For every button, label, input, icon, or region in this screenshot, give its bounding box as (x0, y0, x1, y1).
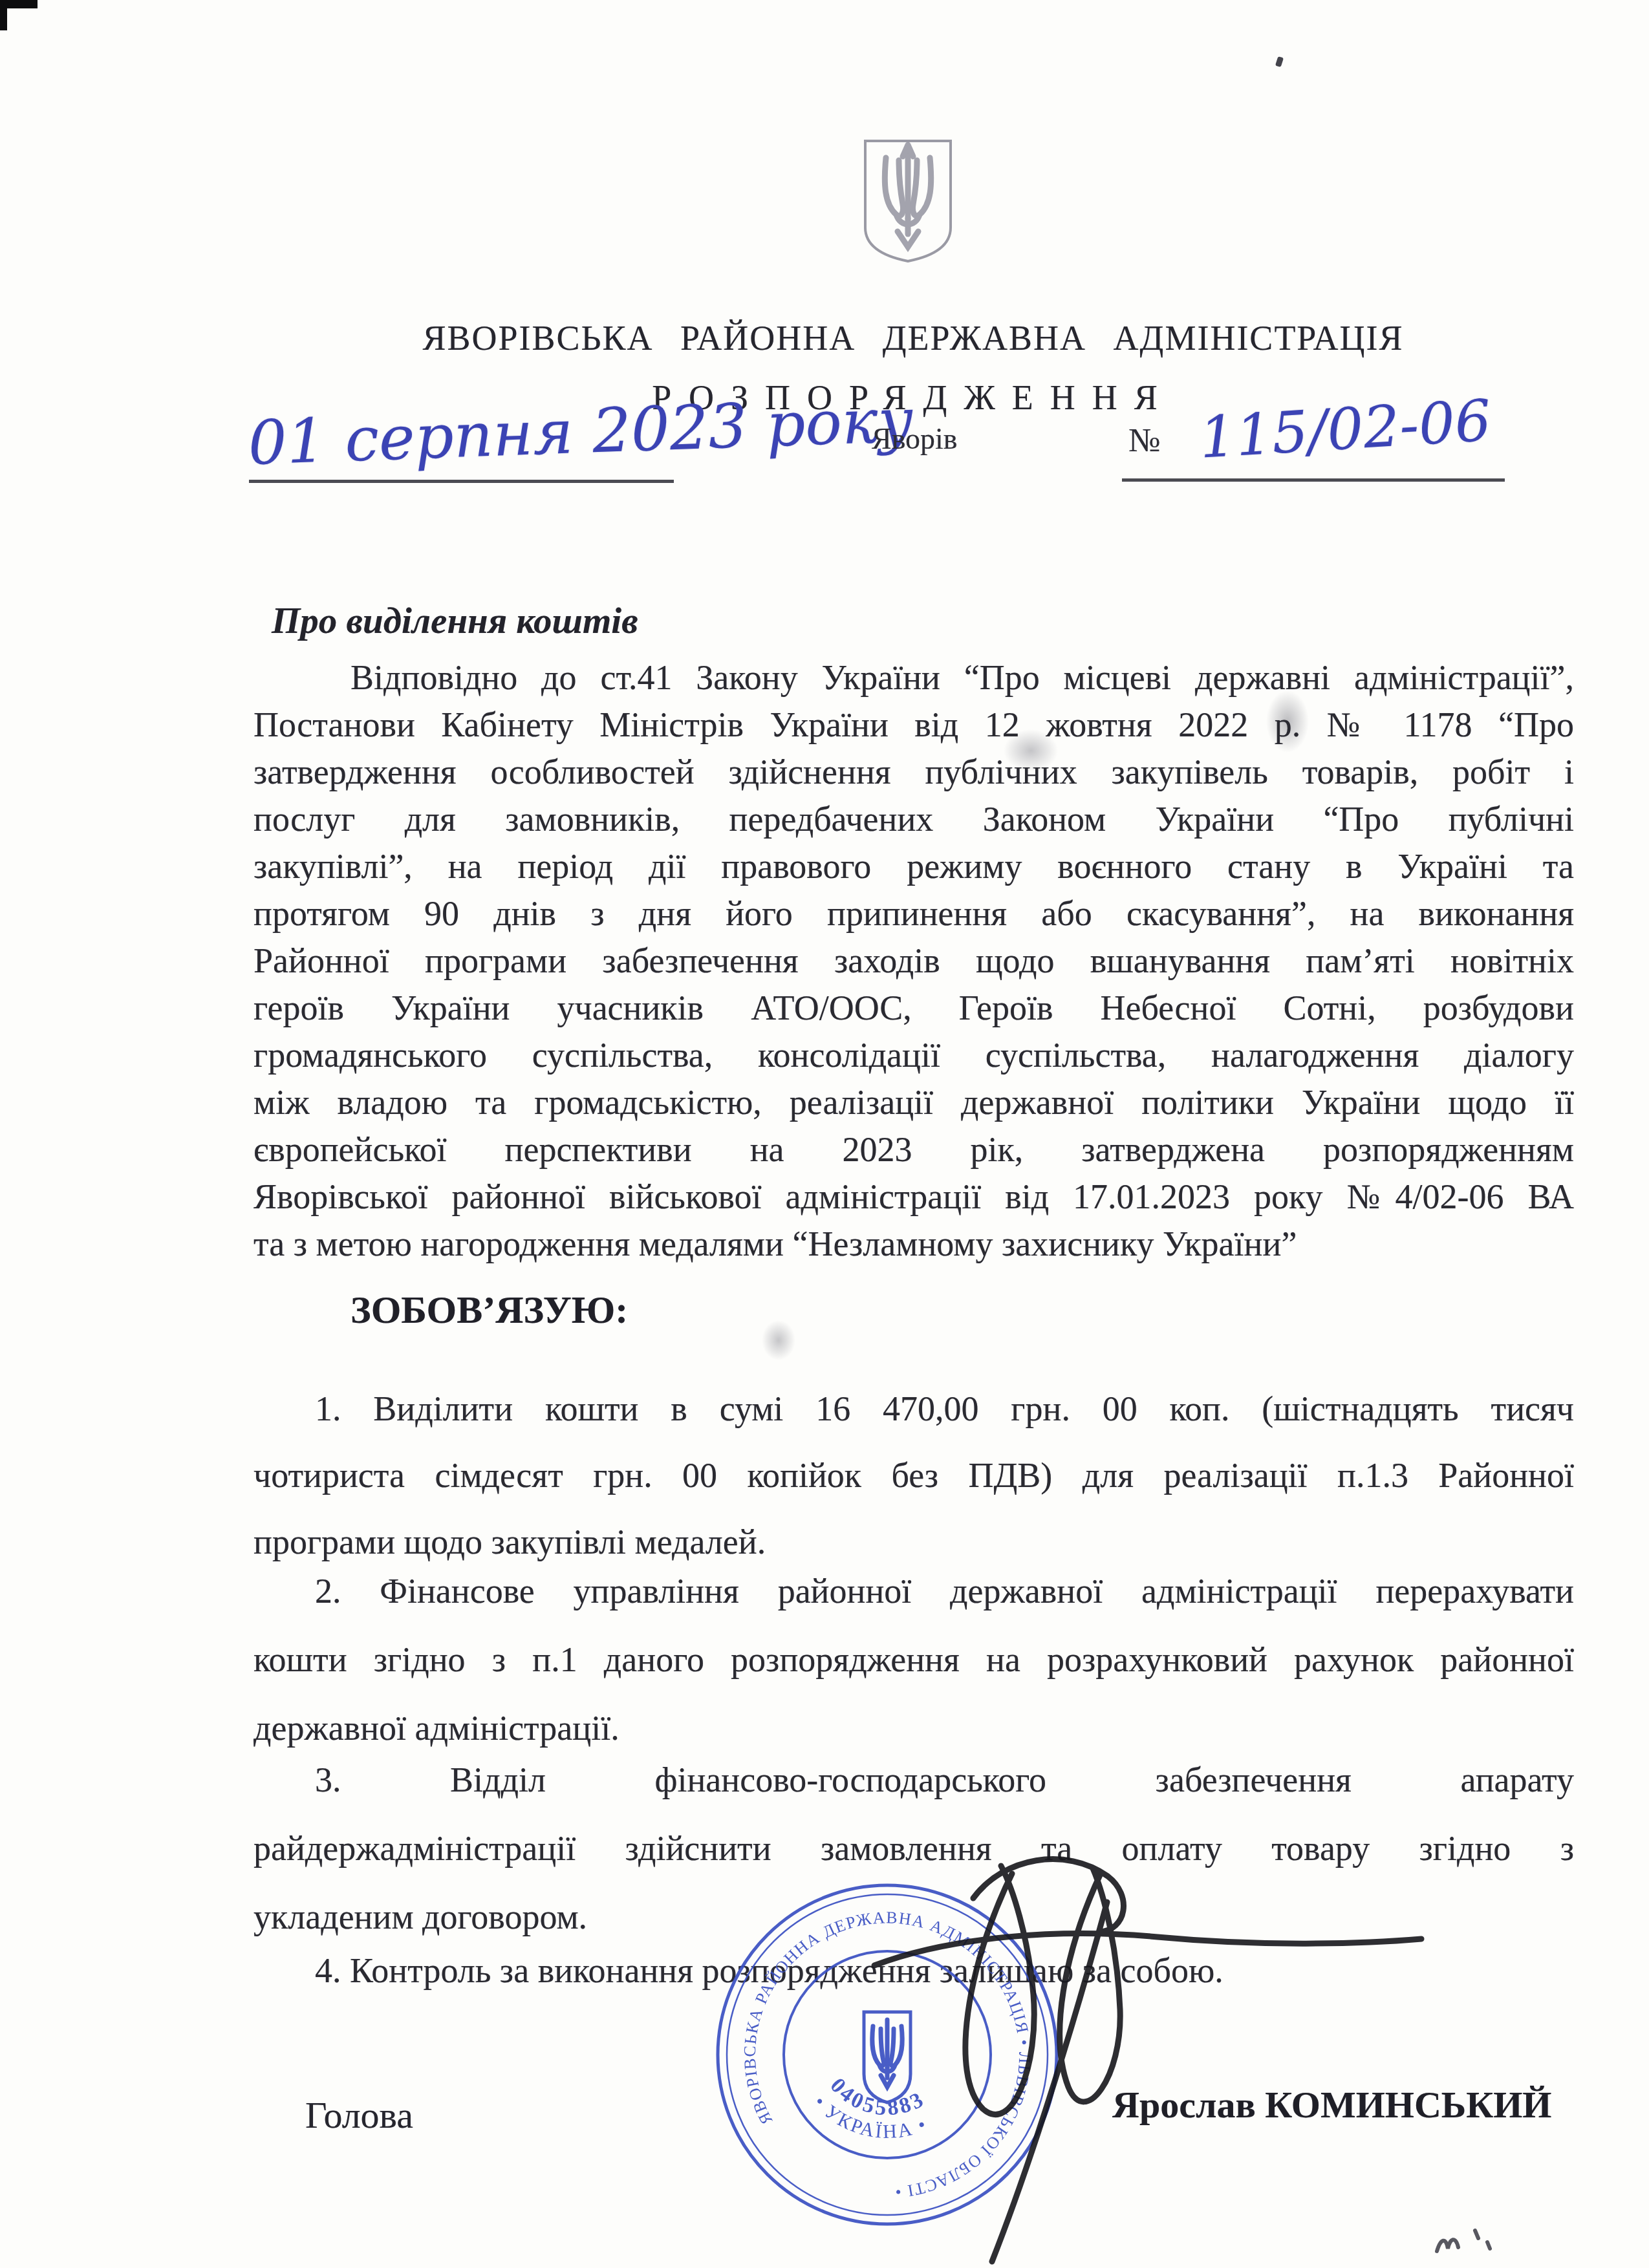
item-line: 2. Фінансове управління районної державн… (253, 1557, 1574, 1625)
trident-icon (885, 145, 931, 247)
order-item-1: 1. Виділити кошти в сумі 16 470,00 грн. … (253, 1376, 1574, 1576)
obligation-heading: ЗОБОВ’ЯЗУЮ: (350, 1288, 628, 1332)
number-label: № (1128, 422, 1161, 460)
preamble-line: героїв України учасників АТО/ООС, Героїв… (253, 985, 1574, 1032)
item-line: чотириста сімдесят грн. 00 копійок без П… (253, 1442, 1574, 1509)
preamble-line: Відповідно до ст.41 Закону України “Про … (253, 654, 1574, 701)
signatory-name: Ярослав КОМИНСЬКИЙ (1112, 2083, 1552, 2126)
org-name: ЯВОРІВСЬКА РАЙОННА ДЕРЖАВНА АДМІНІСТРАЦІ… (252, 318, 1574, 358)
preamble-line: та з метою нагородження медалями “Незлам… (253, 1221, 1574, 1268)
scan-corner-mark-vertical (0, 0, 7, 30)
item-line: кошти згідно з п.1 даного розпорядження … (253, 1625, 1574, 1694)
date-underline (249, 480, 674, 483)
official-stamp: ЯВОРІВСЬКА РАЙОННА ДЕРЖАВНА АДМІНІСТРАЦІ… (706, 1874, 1068, 2236)
order-item-2: 2. Фінансове управління районної державн… (253, 1557, 1574, 1762)
preamble-line: протягом 90 днів з дня його припинення а… (253, 890, 1574, 937)
signatory-title: Голова (305, 2093, 413, 2137)
coat-of-arms-emblem (859, 136, 957, 265)
preamble-line: Постанови Кабінету Міністрів України від… (253, 701, 1574, 749)
preamble-line: Яворівської районної військової адмініст… (253, 1173, 1574, 1221)
preamble-line: затвердження особливостей здійснення пуб… (253, 749, 1574, 796)
subject-title: Про виділення коштів (272, 600, 638, 642)
number-underline (1122, 478, 1505, 482)
scanned-decree-page: ЯВОРІВСЬКА РАЙОННА ДЕРЖАВНА АДМІНІСТРАЦІ… (0, 0, 1649, 2268)
item-line: райдержадміністрації здійснити замовленн… (253, 1814, 1574, 1883)
preamble-line: громадянського суспільства, консолідації… (253, 1032, 1574, 1079)
preamble-line: європейської перспективи на 2023 рік, за… (253, 1126, 1574, 1173)
place-name: Яворів (872, 422, 958, 456)
scan-blob (762, 1320, 795, 1360)
preamble-line: закупівлі”, на період дії правового режи… (253, 843, 1574, 890)
preamble-line: Районної програми забезпечення заходів щ… (253, 937, 1574, 985)
preamble: Відповідно до ст.41 Закону України “Про … (253, 654, 1574, 1268)
preamble-line: послуг для замовників, передбачених Зако… (253, 796, 1574, 843)
scan-speck (1275, 56, 1284, 67)
item-line: 3. Відділ фінансово-господарського забез… (253, 1746, 1574, 1814)
item-line: 1. Виділити кошти в сумі 16 470,00 грн. … (253, 1376, 1574, 1442)
stamp-trident-icon (864, 2012, 911, 2102)
preamble-line: між владою та громадськістю, реалізації … (253, 1079, 1574, 1126)
scan-smudge (1437, 2231, 1490, 2251)
